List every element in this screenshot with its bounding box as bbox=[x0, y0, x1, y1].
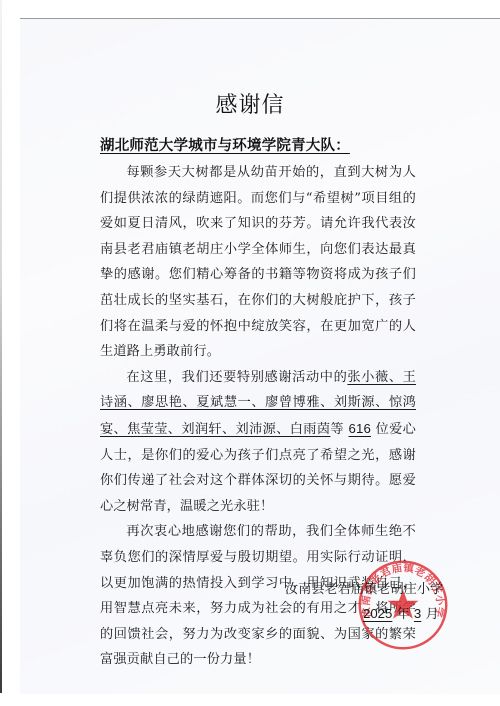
paragraph-2: 在这里，我们还要特别感谢活动中的张小薇、王诗涵、廖思艳、夏斌慧一、廖曾博雅、刘斯… bbox=[100, 365, 416, 520]
paragraph-2-prefix: 在这里，我们还要特别感谢活动中的 bbox=[126, 370, 347, 385]
date-year-suffix: 年 bbox=[392, 607, 414, 622]
volunteer-count: 616 bbox=[349, 421, 371, 436]
letter-title: 感谢信 bbox=[0, 88, 500, 119]
paragraph-1: 每颗参天大树都是从幼苗开始的，直到大树为人们提供浓浓的绿荫遮阳。而您们与“希望树… bbox=[100, 160, 416, 365]
paragraph-2-middle: 等 bbox=[330, 422, 348, 437]
date-year: 2025 bbox=[363, 606, 392, 621]
date-month-suffix: 月 bbox=[421, 607, 438, 622]
signature-school: 汝南县老君庙镇老胡庄小学 bbox=[285, 578, 443, 597]
letter-date: 2025 年 3 月 bbox=[363, 603, 439, 622]
letter-recipient: 湖北师范大学城市与环境学院青大队： bbox=[100, 134, 350, 155]
